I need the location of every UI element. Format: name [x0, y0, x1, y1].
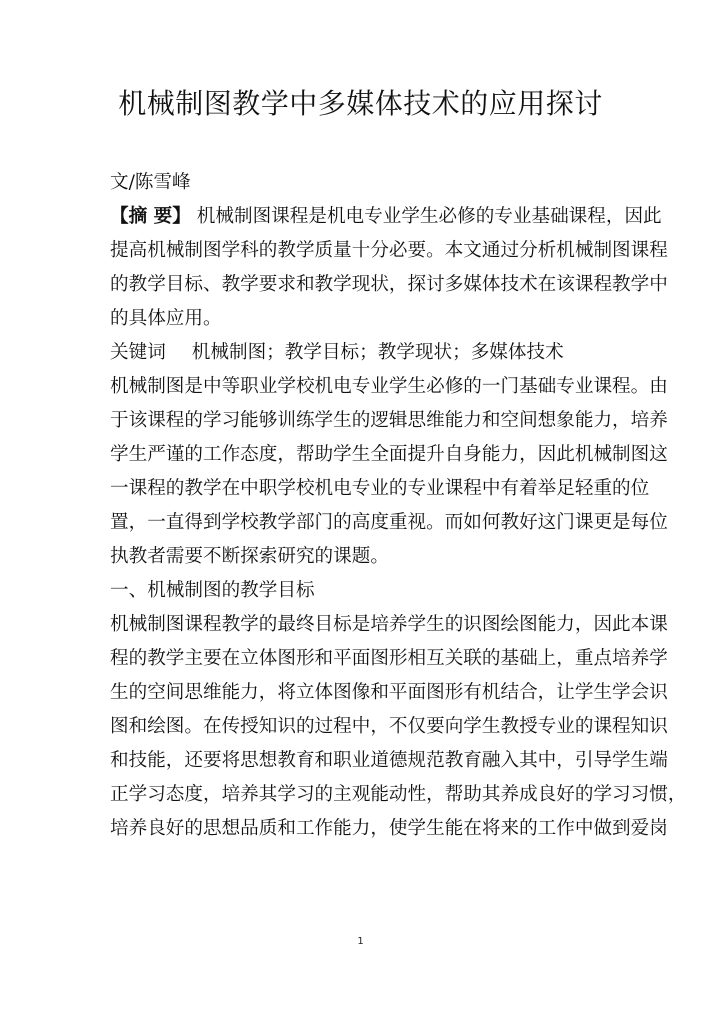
keywords-label: 关键词 [110, 342, 166, 363]
keywords-line: 关键词机械制图；教学目标；教学现状；多媒体技术 [110, 336, 613, 370]
intro-line-2: 于该课程的学习能够训练学生的逻辑思维能力和空间想象能力，培养 [110, 404, 613, 438]
section-1-heading: 一、机械制图的教学目标 [110, 574, 613, 608]
document-title: 机械制图教学中多媒体技术的应用探讨 [0, 84, 721, 124]
abstract-text: 机械制图课程是机电专业学生必修的专业基础课程，因此 [197, 206, 662, 227]
intro-line-6: 执教者需要不断探索研究的课题。 [110, 540, 613, 574]
abstract-line-2: 提高机械制图学科的教学质量十分必要。本文通过分析机械制图课程 [110, 234, 613, 268]
abstract-line-1: 【摘 要】 机械制图课程是机电专业学生必修的专业基础课程，因此 [110, 200, 613, 234]
section-1-line-6: 正学习态度，培养其学习的主观能动性，帮助其养成良好的学习习惯， [110, 778, 613, 812]
section-1-line-7: 培养良好的思想品质和工作能力，使学生能在将来的工作中做到爱岗 [110, 812, 613, 846]
abstract-line-3: 的教学目标、教学要求和教学现状，探讨多媒体技术在该课程教学中 [110, 268, 613, 302]
document-page: 机械制图教学中多媒体技术的应用探讨 文/陈雪峰 【摘 要】 机械制图课程是机电专… [0, 0, 721, 1020]
page-number: 1 [0, 936, 721, 947]
abstract-line-4: 的具体应用。 [110, 302, 613, 336]
section-1-line-3: 生的空间思维能力，将立体图像和平面图形有机结合，让学生学会识 [110, 676, 613, 710]
intro-line-1: 机械制图是中等职业学校机电专业学生必修的一门基础专业课程。由 [110, 370, 613, 404]
section-1-line-4: 图和绘图。在传授知识的过程中，不仅要向学生教授专业的课程知识 [110, 710, 613, 744]
keywords-value: 机械制图；教学目标；教学现状；多媒体技术 [192, 342, 564, 363]
abstract-label: 【摘 要】 [110, 206, 191, 227]
intro-line-5: 置，一直得到学校教学部门的高度重视。而如何教好这门课更是每位 [110, 506, 613, 540]
section-1-line-5: 和技能，还要将思想教育和职业道德规范教育融入其中，引导学生端 [110, 744, 613, 778]
document-body: 文/陈雪峰 【摘 要】 机械制图课程是机电专业学生必修的专业基础课程，因此 提高… [110, 166, 613, 846]
author-line: 文/陈雪峰 [110, 166, 613, 200]
section-1-line-1: 机械制图课程教学的最终目标是培养学生的识图绘图能力，因此本课 [110, 608, 613, 642]
intro-line-4: 一课程的教学在中职学校机电专业的专业课程中有着举足轻重的位 [110, 472, 613, 506]
section-1-line-2: 程的教学主要在立体图形和平面图形相互关联的基础上，重点培养学 [110, 642, 613, 676]
intro-line-3: 学生严谨的工作态度，帮助学生全面提升自身能力，因此机械制图这 [110, 438, 613, 472]
